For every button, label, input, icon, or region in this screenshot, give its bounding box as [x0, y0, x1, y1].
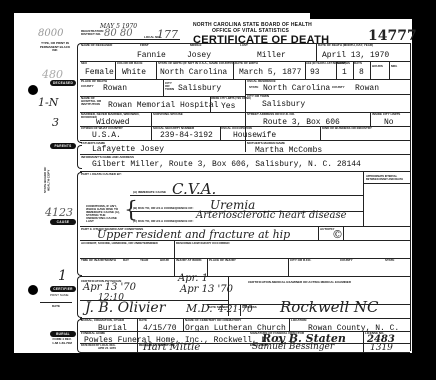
district-number: 80 80: [104, 28, 133, 39]
age-months: 1: [342, 68, 347, 77]
date-label: Date: [52, 305, 60, 308]
sex: Female: [85, 68, 114, 77]
section-tab-cause: CAUSE: [50, 219, 76, 225]
section-tab-deceased: DECEASED: [50, 80, 76, 86]
middle-name: Josey: [187, 51, 211, 60]
margin-handwriting-cause: 4123: [45, 206, 73, 219]
margin-handwriting-certifier: 1: [58, 268, 67, 284]
registrar-date-stamp: APR 21 1970: [98, 347, 116, 350]
embalmer-signature: Samuel Bessinger: [252, 342, 334, 352]
death-county: Rowan: [103, 84, 127, 93]
inside-city: Yes: [221, 102, 235, 111]
name-label: NAME OF DECEASED: [81, 44, 112, 47]
ink-instruction: TYPE, OR PRINT IN PERMANENT BLACK INK: [38, 42, 72, 53]
death-city: Salisbury: [178, 84, 221, 93]
date-of-birth: March 5, 1877: [239, 68, 301, 77]
attended-from: Apr. 1: [178, 273, 208, 284]
state-copy-label: STATE BOARD OF HEALTH COPY: [44, 165, 60, 195]
section-tab-parents: PARENTS: [50, 143, 76, 149]
occupation: Housewife: [233, 131, 276, 140]
scan-edge: [310, 13, 415, 19]
punch-hole: [28, 285, 38, 295]
due-to-cause-c: Arteriosclerotic heart disease: [196, 210, 347, 221]
informant: Gilbert Miller, Route 3, Box 606, Salisb…: [92, 160, 361, 169]
citizenship: U.S.A.: [92, 131, 121, 140]
last-seen: Apr 13 '70: [180, 284, 233, 295]
residence-city: Salisbury: [262, 100, 305, 109]
medical-examiner-label: CERTIFICATION-MEDICAL EXAMINER OR ACTING…: [248, 281, 351, 284]
attended-to: Apr 13 '70: [83, 282, 136, 293]
birthplace: North Carolina: [160, 68, 227, 77]
margin-handwriting-top: 8000: [38, 28, 63, 39]
registration-district-label: REGISTRATION DISTRICT NO.: [81, 30, 101, 36]
race: White: [122, 68, 146, 77]
punch-hole: [28, 85, 38, 95]
certificate-number: 14777: [368, 28, 417, 44]
date-of-death: April 13, 1970: [322, 51, 389, 60]
age: 93: [310, 68, 320, 77]
certificate-title: CERTIFICATE OF DEATH: [193, 34, 329, 46]
margin-code-2: 3: [52, 116, 59, 129]
age-days: 8: [359, 68, 364, 77]
print-name-label: Print name: [50, 294, 68, 297]
hospital: Rowan Memorial Hospital: [108, 101, 218, 110]
first-name: Fannie: [137, 51, 166, 60]
residence-state: North Carolina: [263, 84, 330, 93]
form-info: FORM 4 REV. 1-68 1-69-70M: [52, 338, 72, 345]
physician-signature: J. B. Olivier: [85, 300, 165, 316]
residence-county: Rowan: [355, 84, 379, 93]
father-name: Lafayette Josey: [92, 145, 164, 154]
social-security-number: 239-84-3192: [160, 131, 213, 140]
margin-code-1: 1-N: [38, 96, 58, 109]
last-name: Miller: [257, 51, 286, 60]
section-tab-certifier: CERTIFIER: [50, 286, 76, 292]
physician-address: Rockwell NC: [280, 298, 379, 316]
